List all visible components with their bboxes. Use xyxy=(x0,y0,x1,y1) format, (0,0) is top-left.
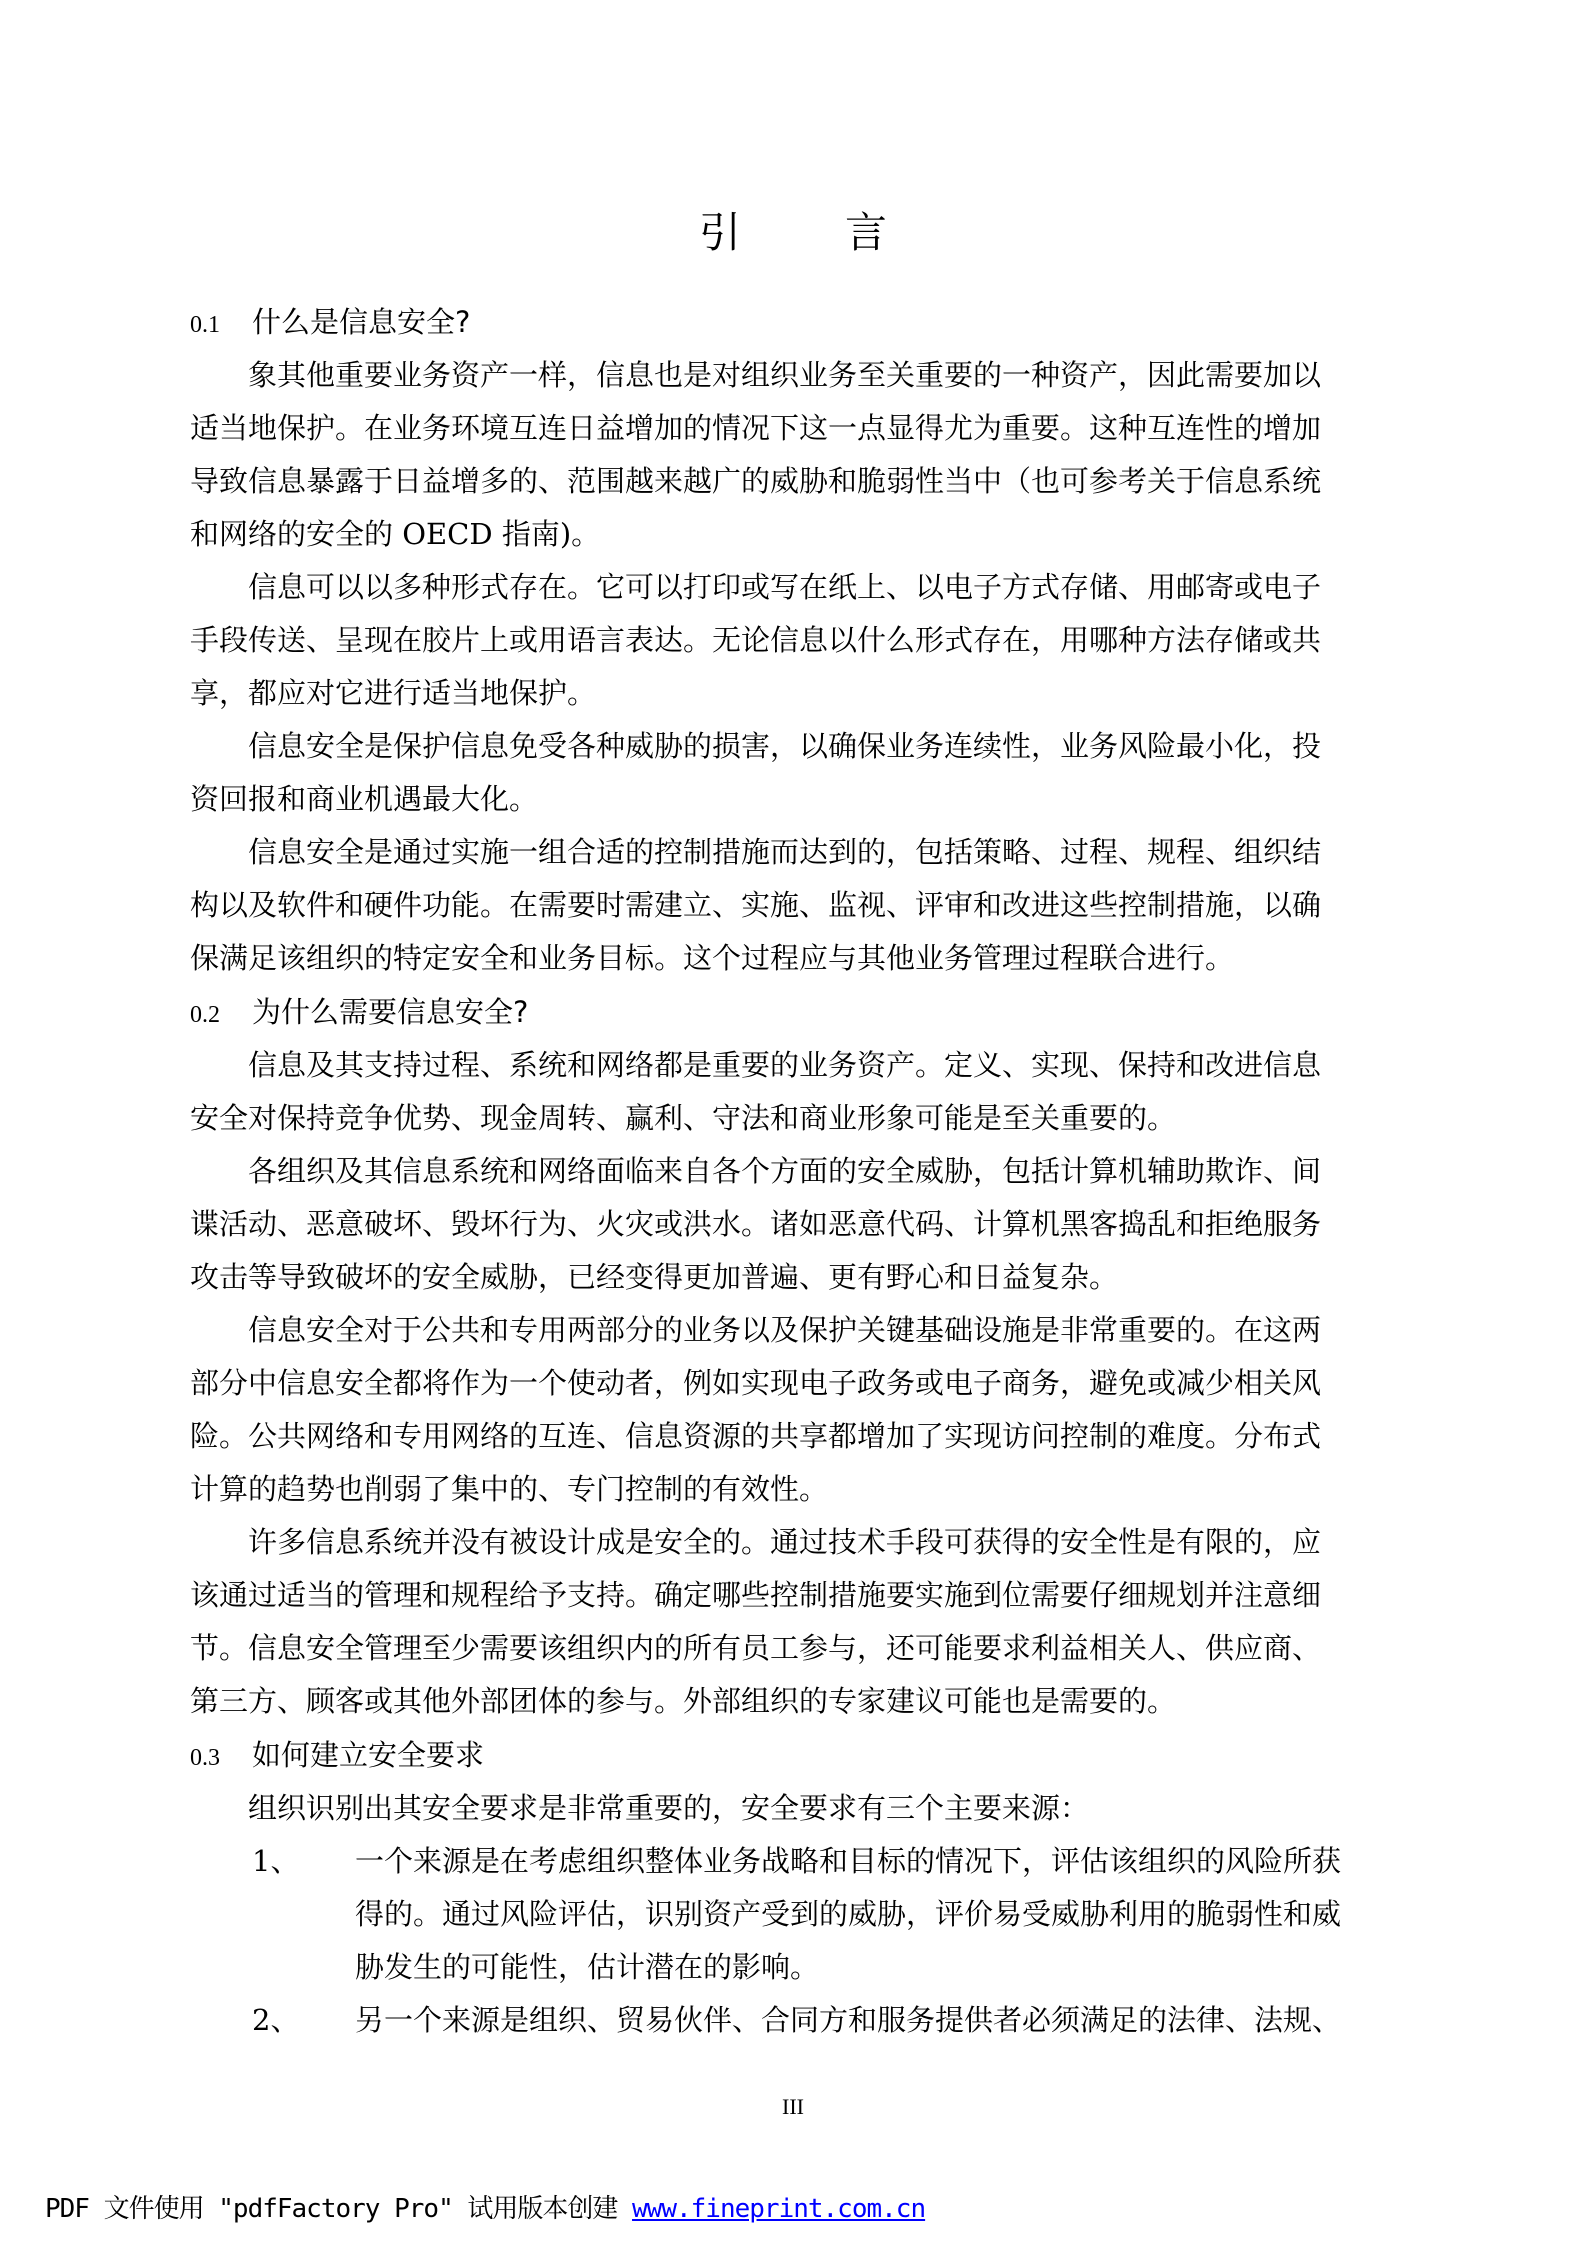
paragraph-line: 部分中信息安全都将作为一个使动者，例如实现电子政务或电子商务，避免或减少相关风 xyxy=(190,1357,1435,1410)
list-item-body: 一个来源是在考虑组织整体业务战略和目标的情况下，评估该组织的风险所获得的。通过风… xyxy=(355,1835,1435,1994)
section-heading-text: 如何建立安全要求 xyxy=(252,1738,484,1772)
paragraph-line: 适当地保护。在业务环境互连日益增加的情况下这一点显得尤为重要。这种互连性的增加 xyxy=(190,402,1435,455)
paragraph-line: 享，都应对它进行适当地保护。 xyxy=(190,667,1435,720)
list-item-line: 得的。通过风险评估，识别资产受到的威胁，评价易受威胁利用的脆弱性和威 xyxy=(355,1888,1435,1941)
paragraph-line: 信息安全是通过实施一组合适的控制措施而达到的，包括策略、过程、规程、组织结 xyxy=(190,826,1435,879)
paragraph-line: 谍活动、恶意破坏、毁坏行为、火灾或洪水。诸如恶意代码、计算机黑客捣乱和拒绝服务 xyxy=(190,1198,1435,1251)
paragraph-line: 信息安全对于公共和专用两部分的业务以及保护关键基础设施是非常重要的。在这两 xyxy=(190,1304,1435,1357)
paragraph-line: 各组织及其信息系统和网络面临来自各个方面的安全威胁，包括计算机辅助欺诈、间 xyxy=(190,1145,1435,1198)
paragraph-line: 构以及软件和硬件功能。在需要时需建立、实施、监视、评审和改进这些控制措施，以确 xyxy=(190,879,1435,932)
paragraph-line: 保满足该组织的特定安全和业务目标。这个过程应与其他业务管理过程联合进行。 xyxy=(190,932,1435,985)
intro-line: 组织识别出其安全要求是非常重要的，安全要求有三个主要来源： xyxy=(190,1782,1435,1835)
paragraph-line: 和网络的安全的 OECD 指南)。 xyxy=(190,508,1435,561)
list-item: 2、另一个来源是组织、贸易伙伴、合同方和服务提供者必须满足的法律、法规、 xyxy=(190,1994,1435,2047)
fineprint-link[interactable]: www.fineprint.com.cn xyxy=(632,2194,925,2224)
document-body: 0.1什么是信息安全?象其他重要业务资产一样，信息也是对组织业务至关重要的一种资… xyxy=(190,295,1435,2047)
paragraph-line: 节。信息安全管理至少需要该组织内的所有员工参与，还可能要求利益相关人、供应商、 xyxy=(190,1622,1435,1675)
title-char: 引 xyxy=(699,200,741,260)
paragraph-line: 第三方、顾客或其他外部团体的参与。外部组织的专家建议可能也是需要的。 xyxy=(190,1675,1435,1728)
footer-text: PDF 文件使用 "pdfFactory Pro" 试用版本创建 xyxy=(45,2194,632,2224)
paragraph-line: 险。公共网络和专用网络的互连、信息资源的共享都增加了实现访问控制的难度。分布式 xyxy=(190,1410,1435,1463)
paragraph-line: 资回报和商业机遇最大化。 xyxy=(190,773,1435,826)
section-heading-text: 为什么需要信息安全? xyxy=(252,995,528,1029)
paragraph-line: 信息及其支持过程、系统和网络都是重要的业务资产。定义、实现、保持和改进信息 xyxy=(190,1039,1435,1092)
section-number: 0.3 xyxy=(190,1731,252,1785)
list-item-line: 胁发生的可能性，估计潜在的影响。 xyxy=(355,1941,1435,1994)
pdf-watermark-footer: PDF 文件使用 "pdfFactory Pro" 试用版本创建 www.fin… xyxy=(45,2188,925,2225)
section-heading-text: 什么是信息安全? xyxy=(252,305,470,339)
list-item: 1、一个来源是在考虑组织整体业务战略和目标的情况下，评估该组织的风险所获得的。通… xyxy=(190,1835,1435,1994)
list-item-line: 另一个来源是组织、贸易伙伴、合同方和服务提供者必须满足的法律、法规、 xyxy=(355,1994,1435,2047)
section-heading: 0.2为什么需要信息安全? xyxy=(190,985,1435,1039)
title-char: 言 xyxy=(845,200,887,260)
paragraph-line: 手段传送、呈现在胶片上或用语言表达。无论信息以什么形式存在，用哪种方法存储或共 xyxy=(190,614,1435,667)
paragraph-line: 安全对保持竞争优势、现金周转、赢利、守法和商业形象可能是至关重要的。 xyxy=(190,1092,1435,1145)
list-item-line: 一个来源是在考虑组织整体业务战略和目标的情况下，评估该组织的风险所获 xyxy=(355,1835,1435,1888)
paragraph-line: 信息安全是保护信息免受各种威胁的损害，以确保业务连续性，业务风险最小化，投 xyxy=(190,720,1435,773)
paragraph-line: 计算的趋势也削弱了集中的、专门控制的有效性。 xyxy=(190,1463,1435,1516)
paragraph-line: 导致信息暴露于日益增多的、范围越来越广的威胁和脆弱性当中（也可参考关于信息系统 xyxy=(190,455,1435,508)
paragraph-line: 许多信息系统并没有被设计成是安全的。通过技术手段可获得的安全性是有限的，应 xyxy=(190,1516,1435,1569)
paragraph-line: 信息可以以多种形式存在。它可以打印或写在纸上、以电子方式存储、用邮寄或电子 xyxy=(190,561,1435,614)
section-heading: 0.1什么是信息安全? xyxy=(190,295,1435,349)
page-title: 引言 xyxy=(0,200,1586,260)
list-marker: 1、 xyxy=(190,1835,355,1888)
section-heading: 0.3如何建立安全要求 xyxy=(190,1728,1435,1782)
paragraph-line: 该通过适当的管理和规程给予支持。确定哪些控制措施要实施到位需要仔细规划并注意细 xyxy=(190,1569,1435,1622)
list-marker: 2、 xyxy=(190,1994,355,2047)
document-page: 引言 0.1什么是信息安全?象其他重要业务资产一样，信息也是对组织业务至关重要的… xyxy=(0,0,1586,2242)
list-item-body: 另一个来源是组织、贸易伙伴、合同方和服务提供者必须满足的法律、法规、 xyxy=(355,1994,1435,2047)
paragraph-line: 象其他重要业务资产一样，信息也是对组织业务至关重要的一种资产，因此需要加以 xyxy=(190,349,1435,402)
section-number: 0.1 xyxy=(190,298,252,352)
section-number: 0.2 xyxy=(190,988,252,1042)
paragraph-line: 攻击等导致破坏的安全威胁，已经变得更加普遍、更有野心和日益复杂。 xyxy=(190,1251,1435,1304)
page-number: III xyxy=(0,2094,1586,2120)
